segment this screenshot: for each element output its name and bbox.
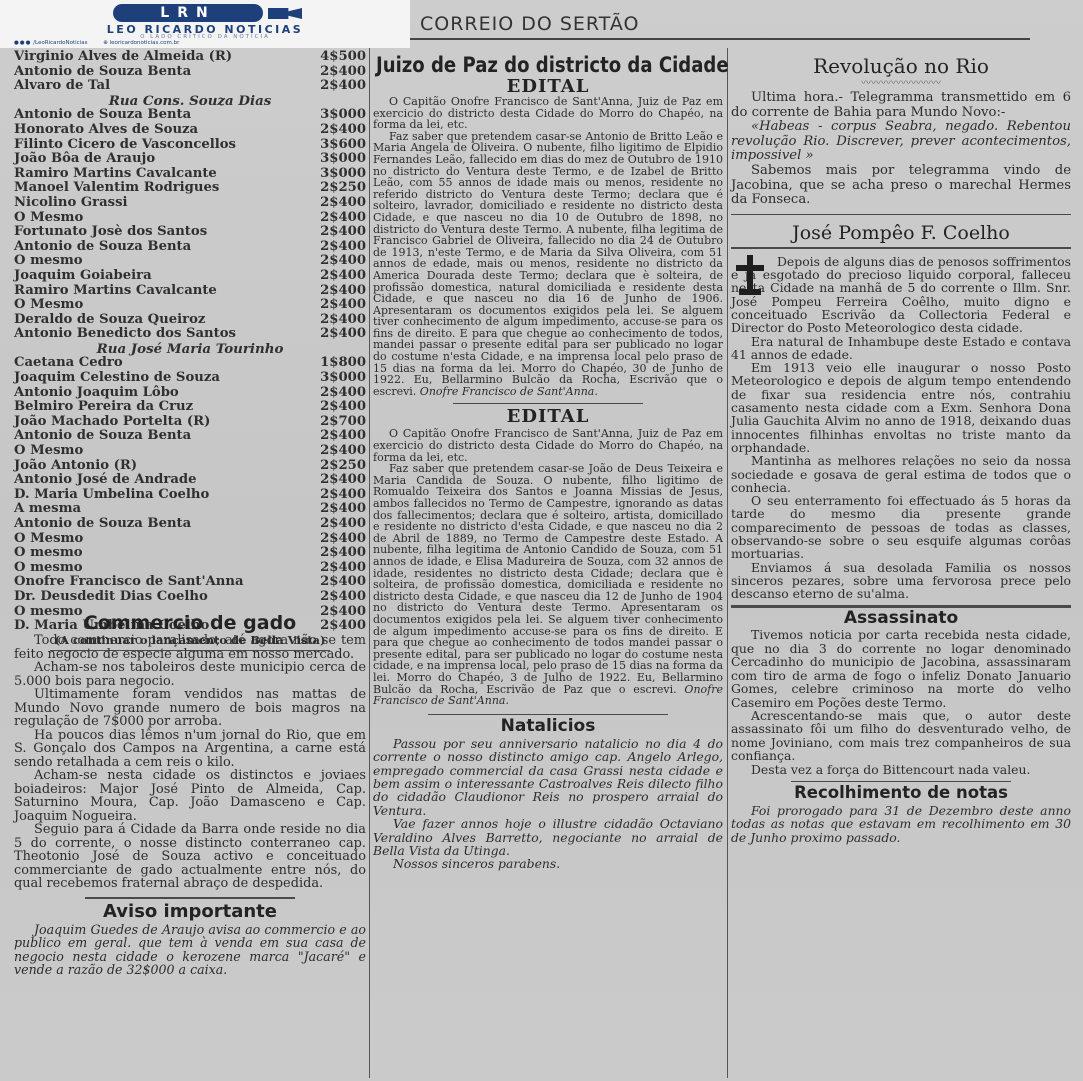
ledger-name: O Mesmo [14, 444, 83, 459]
ledger-amount: 2$400 [320, 79, 366, 94]
paragraph: Acrescentando-se mais que, o autor deste… [731, 709, 1071, 763]
juizo-title: Juizo de Paz do districto da Cidade [376, 52, 720, 78]
paragraph: O Capitão Onofre Francisco de Sant'Anna,… [373, 96, 723, 131]
paragraph: Foi prorogado para 31 de Dezembro deste … [731, 804, 1071, 844]
masthead: CORREIO DO SERTÃO [410, 8, 1030, 38]
street-heading: Rua Cons. Souza Dias [14, 94, 366, 109]
ledger-row: Honorato Alves de Souza2$400 [14, 123, 366, 138]
ledger-amount: 2$400 [320, 269, 366, 284]
ledger-name: Dr. Deusdedit Dias Coelho [14, 590, 208, 605]
ledger-row: João Machado Portelta (R)2$700 [14, 415, 366, 430]
paragraph: Tivemos noticia por carta recebida nesta… [731, 628, 1071, 708]
ledger-amount: 2$400 [320, 225, 366, 240]
ledger-amount: 2$400 [320, 488, 366, 503]
cross-icon [733, 255, 767, 297]
divider [731, 214, 1071, 215]
paragraph: Depois de alguns dias de penosos soffrim… [731, 255, 1071, 335]
ledger-amount: 2$400 [320, 298, 366, 313]
logo-badge: LRN [113, 4, 263, 22]
revolucao-intro: Ultima hora.- Telegramma transmettido em… [731, 91, 1071, 120]
ledger-amount: 2$250 [320, 459, 366, 474]
ledger-row: Deraldo de Souza Queiroz2$400 [14, 313, 366, 328]
tax-ledger: Virginio Alves de Almeida (R)4$500Antoni… [14, 50, 366, 651]
ledger-row: João Bôa de Araujo3$000 [14, 152, 366, 167]
revolucao-body: Ultima hora.- Telegramma transmettido em… [731, 91, 1071, 208]
revolucao-title: Revolução no Rio [731, 52, 1071, 80]
assassinato-title: Assassinato [731, 608, 1071, 628]
ledger-row: Antonio José de Andrade2$400 [14, 473, 366, 488]
ledger-row: Nicolino Grassi2$400 [14, 196, 366, 211]
recolhimento-body: Foi prorogado para 31 de Dezembro deste … [731, 804, 1071, 844]
ledger-amount: 2$400 [320, 313, 366, 328]
ledger-amount: 2$400 [320, 284, 366, 299]
ledger-name: Deraldo de Souza Queiroz [14, 313, 205, 328]
signature: Onofre Francisco de Sant'Anna. [373, 683, 723, 708]
ledger-name: João Bôa de Araujo [14, 152, 155, 167]
column-divider [369, 48, 370, 1078]
ledger-name: Joaquim Celestino de Souza [14, 371, 220, 386]
newspaper-page: LRN LEO RICARDO NOTICIAS O LADO CRÍTICO … [0, 0, 1083, 1081]
ledger-row: O Mesmo2$400 [14, 298, 366, 313]
ledger-name: Onofre Francisco de Sant'Anna [14, 575, 244, 590]
ledger-amount: 2$400 [320, 254, 366, 269]
ledger-row: A mesma2$400 [14, 502, 366, 517]
paragraph: Mantinha as melhores relações no seio da… [731, 454, 1071, 494]
ledger-name: O Mesmo [14, 532, 83, 547]
ledger-amount: 2$400 [320, 123, 366, 138]
signature: Onofre Francisco de Sant'Anna. [416, 385, 598, 398]
ledger-name: Antonio Joaquim Lôbo [14, 386, 179, 401]
ledger-name: O mesmo [14, 561, 83, 576]
ledger-name: D. Maria Umbelina Coelho [14, 488, 209, 503]
social-handle: /LeoRicardoNoticias [33, 40, 87, 46]
ledger-name: Antonio de Souza Benta [14, 108, 191, 123]
paragraph: Em 1913 veio elle inaugurar o nosso Post… [731, 361, 1071, 454]
paragraph: Passou por seu anniversario natalicio no… [373, 737, 723, 817]
column-1-articles: Commercio de gado Todo commercio paralis… [14, 612, 366, 977]
paragraph: Joaquim Guedes de Araujo avisa ao commer… [14, 923, 366, 977]
street-heading: Rua José Maria Tourinho [14, 342, 366, 357]
ledger-name: Nicolino Grassi [14, 196, 128, 211]
obituario-title: José Pompêo F. Coelho [731, 219, 1071, 247]
paragraph: Era natural de Inhambupe deste Estado e … [731, 335, 1071, 362]
recolhimento-title: Recolhimento de notas [731, 782, 1071, 804]
globe-icon: ⊕ [103, 40, 108, 46]
ledger-name: Honorato Alves de Souza [14, 123, 198, 138]
ledger-row: Manoel Valentim Rodrigues2$250 [14, 181, 366, 196]
ledger-row: O Mesmo2$400 [14, 211, 366, 226]
ledger-name: Antonio José de Andrade [14, 473, 196, 488]
paragraph: O Capitão Onofre Francisco de Sant'Anna,… [373, 428, 723, 463]
paragraph: Ha poucos dias lêmos n'um jornal do Rio,… [14, 729, 366, 770]
watermark-logo: LRN LEO RICARDO NOTICIAS O LADO CRÍTICO … [0, 0, 410, 48]
ledger-row: Antonio de Souza Benta3$000 [14, 108, 366, 123]
logo-social: ●●● /LeoRicardoNoticias ⊕ leoricardonoti… [14, 40, 404, 47]
column-divider [727, 48, 728, 1078]
ledger-amount: 2$400 [320, 473, 366, 488]
ledger-row: O mesmo2$400 [14, 561, 366, 576]
paragraph: Nossos sinceros parabens. [373, 857, 723, 870]
ledger-row: O mesmo2$400 [14, 546, 366, 561]
divider [453, 403, 643, 404]
ledger-row: O mesmo2$400 [14, 254, 366, 269]
ledger-name: Antonio de Souza Benta [14, 517, 191, 532]
ledger-name: O mesmo [14, 546, 83, 561]
ledger-amount: 1$800 [320, 356, 366, 371]
ledger-row: Dr. Deusdedit Dias Coelho2$400 [14, 590, 366, 605]
divider [85, 897, 295, 899]
ledger-name: Fortunato Josè dos Santos [14, 225, 207, 240]
ledger-row: Alvaro de Tal2$400 [14, 79, 366, 94]
ledger-amount: 2$400 [320, 575, 366, 590]
paragraph: Acham-se nesta cidade os distinctos e jo… [14, 769, 366, 823]
paragraph: Seguio para á Cidade da Barra onde resid… [14, 823, 366, 891]
ledger-row: Antonio de Souza Benta2$400 [14, 65, 366, 80]
ledger-name: Ramiro Martins Cavalcante [14, 284, 217, 299]
ledger-row: Filinto Cicero de Vasconcellos3$600 [14, 138, 366, 153]
paragraph: Vae fazer annos hoje o illustre cidadão … [373, 817, 723, 857]
ledger-amount: 2$400 [320, 211, 366, 226]
column-3: Revolução no Rio 〰〰〰〰〰〰〰〰 Ultima hora.- … [731, 52, 1071, 844]
natalicios-body: Passou por seu anniversario natalicio no… [373, 737, 723, 871]
ledger-amount: 2$400 [320, 590, 366, 605]
ledger-name: Alvaro de Tal [14, 79, 110, 94]
ledger-amount: 2$400 [320, 196, 366, 211]
ornament-divider: 〰〰〰〰〰〰〰〰 [731, 80, 1071, 88]
obituario-wrap: Depois de alguns dias de penosos soffrim… [731, 249, 1071, 601]
ledger-name: Virginio Alves de Almeida (R) [14, 50, 232, 65]
ledger-row: Ramiro Martins Cavalcante2$400 [14, 284, 366, 299]
ledger-amount: 2$400 [320, 561, 366, 576]
ledger-amount: 2$400 [320, 327, 366, 342]
edital-1-heading: EDITAL [373, 78, 723, 96]
ledger-amount: 2$400 [320, 400, 366, 415]
ledger-amount: 2$700 [320, 415, 366, 430]
edital-2-heading: EDITAL [373, 406, 723, 428]
ledger-row: Belmiro Pereira da Cruz2$400 [14, 400, 366, 415]
ledger-row: Antonio de Souza Benta2$400 [14, 240, 366, 255]
natalicios-title: Natalicios [373, 715, 723, 737]
edital-2-body: O Capitão Onofre Francisco de Sant'Anna,… [373, 428, 723, 706]
website: leoricardonoticias.com.br [110, 40, 180, 46]
ledger-amount: 2$400 [320, 532, 366, 547]
ledger-amount: 3$000 [320, 152, 366, 167]
social-icons: ●●● [14, 40, 31, 46]
aviso-body: Joaquim Guedes de Araujo avisa ao commer… [14, 923, 366, 977]
ledger-amount: 2$400 [320, 65, 366, 80]
ledger-amount: 2$400 [320, 444, 366, 459]
ledger-name: Manoel Valentim Rodrigues [14, 181, 219, 196]
ledger-name: Antonio Benedicto dos Santos [14, 327, 236, 342]
ledger-name: Caetana Cedro [14, 356, 123, 371]
ledger-name: O Mesmo [14, 298, 83, 313]
ledger-name: Antonio de Souza Benta [14, 65, 191, 80]
masthead-rule [410, 38, 1030, 40]
ledger-row: João Antonio (R)2$250 [14, 459, 366, 474]
obituario-body: Depois de alguns dias de penosos soffrim… [731, 249, 1071, 601]
revolucao-quote: «Habeas - corpus Seabra, negado. Rebento… [731, 120, 1071, 164]
ledger-row: O Mesmo2$400 [14, 444, 366, 459]
revolucao-after: Sabemos mais por telegramma vindo de Jac… [731, 164, 1071, 208]
ledger-amount: 2$400 [320, 240, 366, 255]
ledger-name: Ramiro Martins Cavalcante [14, 167, 217, 182]
ledger-name: Antonio de Souza Benta [14, 240, 191, 255]
commercio-body: Todo commercio paralisado; até agora não… [14, 634, 366, 891]
ledger-row: Joaquim Goiabeira2$400 [14, 269, 366, 284]
ledger-amount: 2$400 [320, 386, 366, 401]
ledger-amount: 3$000 [320, 371, 366, 386]
aviso-title: Aviso importante [14, 901, 366, 923]
ledger-amount: 4$500 [320, 50, 366, 65]
ledger-name: Filinto Cicero de Vasconcellos [14, 138, 236, 153]
ledger-row: D. Maria Umbelina Coelho2$400 [14, 488, 366, 503]
ledger-name: Antonio de Souza Benta [14, 429, 191, 444]
ledger-row: Antonio de Souza Benta2$400 [14, 517, 366, 532]
ledger-amount: 2$400 [320, 502, 366, 517]
ledger-name: Joaquim Goiabeira [14, 269, 152, 284]
ledger-amount: 2$400 [320, 517, 366, 532]
ledger-name: O Mesmo [14, 211, 83, 226]
camera-icon [268, 8, 302, 19]
ledger-amount: 2$250 [320, 181, 366, 196]
edital-1-body: O Capitão Onofre Francisco de Sant'Anna,… [373, 96, 723, 397]
ledger-row: Ramiro Martins Cavalcante3$000 [14, 167, 366, 182]
column-2: Juizo de Paz do districto da Cidade EDIT… [373, 52, 723, 871]
ledger-row: Onofre Francisco de Sant'Anna2$400 [14, 575, 366, 590]
ledger-amount: 2$400 [320, 546, 366, 561]
ledger-row: Virginio Alves de Almeida (R)4$500 [14, 50, 366, 65]
paragraph: Faz saber que pretendem casar-se Antonio… [373, 131, 723, 398]
ledger-row: Antonio Benedicto dos Santos2$400 [14, 327, 366, 342]
paragraph: O seu enterramento foi effectuado ás 5 h… [731, 494, 1071, 560]
ledger-amount: 3$000 [320, 108, 366, 123]
assassinato-body: Tivemos noticia por carta recebida nesta… [731, 628, 1071, 775]
ledger-name: Belmiro Pereira da Cruz [14, 400, 193, 415]
paragraph: Enviamos á sua desolada Familia os nosso… [731, 561, 1071, 601]
ledger-name: O mesmo [14, 254, 83, 269]
ledger-amount: 3$000 [320, 167, 366, 182]
ledger-row: Antonio Joaquim Lôbo2$400 [14, 386, 366, 401]
ledger-row: Joaquim Celestino de Souza3$000 [14, 371, 366, 386]
ledger-row: Fortunato Josè dos Santos2$400 [14, 225, 366, 240]
ledger-amount: 3$600 [320, 138, 366, 153]
ledger-row: Caetana Cedro1$800 [14, 356, 366, 371]
ledger-amount: 2$400 [320, 429, 366, 444]
commercio-title: Commercio de gado [14, 612, 366, 634]
paragraph: Ultimamente foram vendidos nas mattas de… [14, 688, 366, 729]
ledger-row: Antonio de Souza Benta2$400 [14, 429, 366, 444]
paragraph: Desta vez a força do Bittencourt nada va… [731, 763, 1071, 776]
paragraph: Acham-se nos taboleiros deste municipio … [14, 661, 366, 688]
ledger-name: A mesma [14, 502, 81, 517]
ledger-name: João Antonio (R) [14, 459, 137, 474]
paragraph: Todo commercio paralisado; até agora não… [14, 634, 366, 661]
paragraph: Faz saber que pretendem casar-se João de… [373, 463, 723, 706]
newspaper-title: CORREIO DO SERTÃO [420, 13, 640, 35]
ledger-row: O Mesmo2$400 [14, 532, 366, 547]
ledger-name: João Machado Portelta (R) [14, 415, 210, 430]
